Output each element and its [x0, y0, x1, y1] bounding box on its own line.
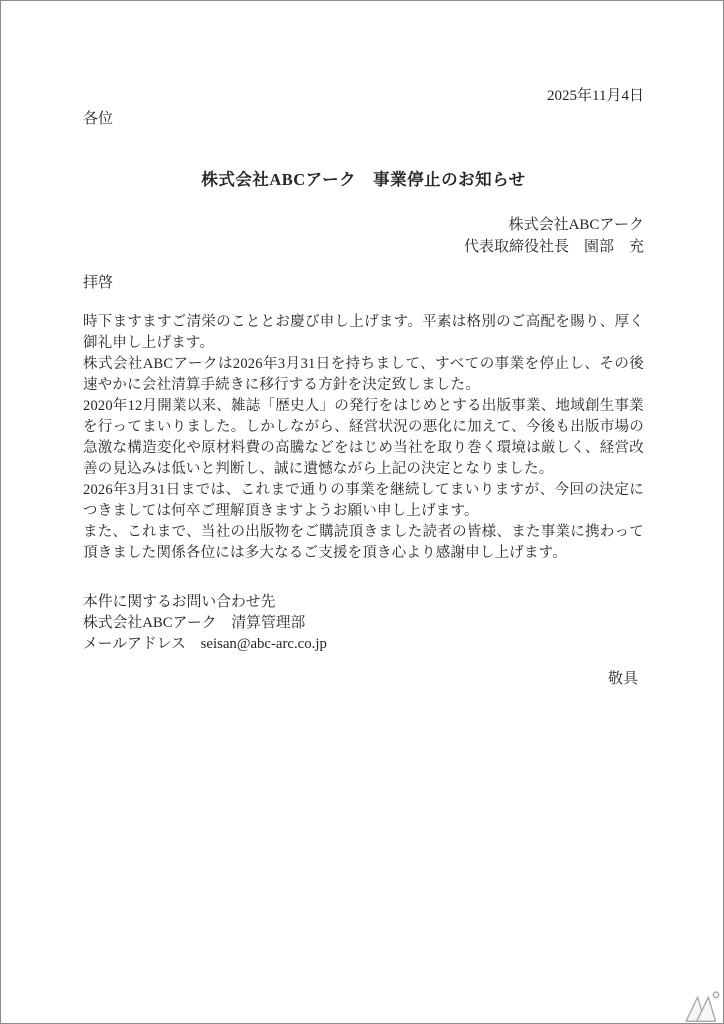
contact-email: seisan@abc-arc.co.jp: [201, 636, 327, 652]
letter-body: 時下ますますご清栄のこととお慶び申し上げます。平素は格別のご高配を賜り、厚く御礼…: [83, 312, 644, 564]
letter-date: 2025年11月4日: [83, 87, 644, 105]
letter-page: 2025年11月4日 各位 株式会社ABCアーク 事業停止のお知らせ 株式会社A…: [0, 0, 724, 1024]
salutation: 拝啓: [83, 274, 644, 292]
closing: 敬具: [83, 670, 644, 688]
watermark-logo: [684, 989, 722, 1023]
contact-block: 本件に関するお問い合わせ先 株式会社ABCアーク 清算管理部 メールアドレス s…: [83, 592, 644, 655]
paragraph-greeting: 時下ますますご清栄のこととお慶び申し上げます。平素は格別のご高配を賜り、厚く御礼…: [83, 312, 644, 354]
addressee: 各位: [83, 110, 644, 128]
sender-representative: 代表取締役社長 園部 充: [83, 236, 644, 258]
sender-block: 株式会社ABCアーク 代表取締役社長 園部 充: [83, 214, 644, 258]
paragraph-background: 2020年12月開業以来、雑誌「歴史人」の発行をはじめとする出版事業、地域創生事…: [83, 396, 644, 480]
contact-heading: 本件に関するお問い合わせ先: [83, 592, 644, 613]
letter-content: 2025年11月4日 各位 株式会社ABCアーク 事業停止のお知らせ 株式会社A…: [1, 1, 723, 688]
mi-logo-icon: [684, 989, 722, 1023]
paragraph-decision: 株式会社ABCアークは2026年3月31日を持ちまして、すべての事業を停止し、そ…: [83, 354, 644, 396]
sender-company: 株式会社ABCアーク: [83, 214, 644, 236]
contact-department: 株式会社ABCアーク 清算管理部: [83, 613, 644, 634]
contact-email-line: メールアドレス seisan@abc-arc.co.jp: [83, 634, 644, 655]
paragraph-continuation: 2026年3月31日までは、これまで通りの事業を継続してまいりますが、今回の決定…: [83, 480, 644, 522]
paragraph-thanks: また、これまで、当社の出版物をご購読頂きました読者の皆様、また事業に携わって頂き…: [83, 522, 644, 564]
letter-title: 株式会社ABCアーク 事業停止のお知らせ: [83, 168, 644, 192]
contact-email-label: メールアドレス: [83, 636, 186, 652]
